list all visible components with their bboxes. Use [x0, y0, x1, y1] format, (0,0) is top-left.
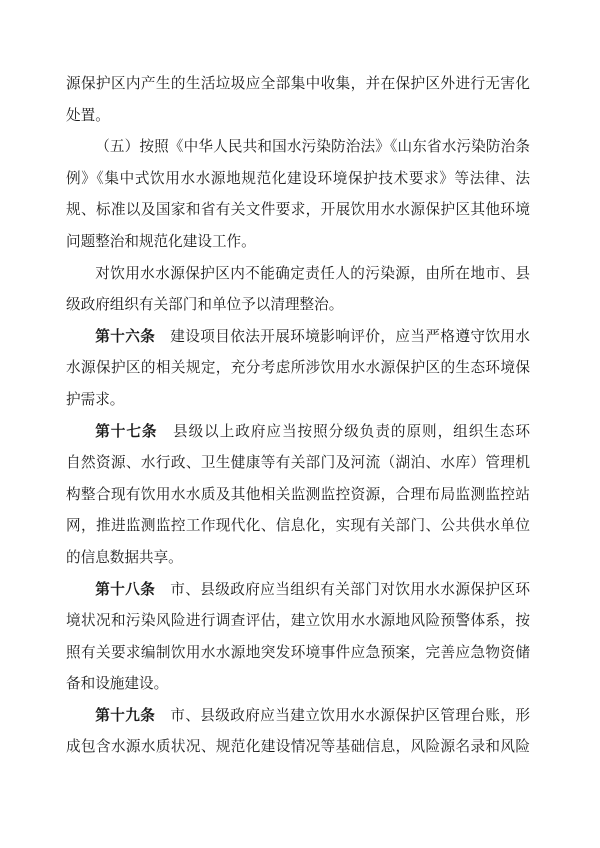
text-segment: 例》《集中式饮用水水源地规范化建设环境保护技术要求》等法律、法 — [66, 171, 530, 187]
text-line: 网，推进监测监控工作现代化、信息化，实现有关部门、公共供水单位 — [66, 511, 530, 543]
text-segment: 问题整治和规范化建设工作。 — [66, 234, 256, 250]
text-segment: 网，推进监测监控工作现代化、信息化，实现有关部门、公共供水单位 — [66, 518, 530, 534]
article-number: 第十六条 — [95, 329, 155, 345]
article-number: 第十九条 — [95, 708, 155, 724]
text-line: 水源保护区的相关规定，充分考虑所涉饮用水水源保护区的生态环境保 — [66, 353, 530, 385]
text-line: 例》《集中式饮用水水源地规范化建设环境保护技术要求》等法律、法 — [66, 164, 530, 196]
text-line: 成包含水源水质状况、规范化建设情况等基础信息，风险源名录和风险 — [66, 732, 530, 764]
text-line: 对饮用水水源保护区内不能确定责任人的污染源，由所在地市、县 — [66, 259, 530, 291]
document-page: 源保护区内产生的生活垃圾应全部集中收集，并在保护区外进行无害化处置。（五）按照《… — [0, 0, 600, 848]
text-line: 级政府组织有关部门和单位予以清理整治。 — [66, 290, 530, 322]
text-line: 构整合现有饮用水水质及其他相关监测监控资源，合理布局监测监控站 — [66, 480, 530, 512]
text-line: 源保护区内产生的生活垃圾应全部集中收集，并在保护区外进行无害化 — [66, 69, 530, 101]
text-line: 第十七条 县级以上政府应当按照分级负责的原则，组织生态环境、 — [66, 417, 530, 449]
text-line: 问题整治和规范化建设工作。 — [66, 227, 530, 259]
text-segment: 成包含水源水质状况、规范化建设情况等基础信息，风险源名录和风险 — [66, 739, 530, 755]
text-segment: （五）按照《中华人民共和国水污染防治法》《山东省水污染防治条 — [95, 139, 530, 155]
text-line: 处置。 — [66, 101, 530, 133]
text-line: 的信息数据共享。 — [66, 543, 530, 575]
text-segment: 境状况和污染风险进行调查评估，建立饮用水水源地风险预警体系，按 — [66, 613, 530, 629]
text-line: （五）按照《中华人民共和国水污染防治法》《山东省水污染防治条 — [66, 132, 530, 164]
text-line: 备和设施建设。 — [66, 669, 530, 701]
text-line: 第十九条 市、县级政府应当建立饮用水水源保护区管理台账，形 — [66, 701, 530, 733]
text-segment: 源保护区内产生的生活垃圾应全部集中收集，并在保护区外进行无害化 — [66, 76, 530, 92]
text-line: 规、标准以及国家和省有关文件要求，开展饮用水水源保护区其他环境 — [66, 195, 530, 227]
text-segment: 市、县级政府应当组织有关部门对饮用水水源保护区环 — [155, 582, 530, 598]
text-segment: 处置。 — [66, 108, 110, 124]
text-segment: 护需求。 — [66, 392, 124, 408]
text-segment: 备和设施建设。 — [66, 676, 168, 692]
text-line: 第十六条 建设项目依法开展环境影响评价，应当严格遵守饮用水 — [66, 322, 530, 354]
text-line: 护需求。 — [66, 385, 530, 417]
article-number: 第十七条 — [95, 424, 157, 440]
text-segment: 规、标准以及国家和省有关文件要求，开展饮用水水源保护区其他环境 — [66, 202, 530, 218]
text-segment: 构整合现有饮用水水质及其他相关监测监控资源，合理布局监测监控站 — [66, 487, 530, 503]
text-segment: 对饮用水水源保护区内不能确定责任人的污染源，由所在地市、县 — [95, 266, 530, 282]
document-body: 源保护区内产生的生活垃圾应全部集中收集，并在保护区外进行无害化处置。（五）按照《… — [66, 69, 530, 764]
text-line: 自然资源、水行政、卫生健康等有关部门及河流（湖泊、水库）管理机 — [66, 448, 530, 480]
text-segment: 自然资源、水行政、卫生健康等有关部门及河流（湖泊、水库）管理机 — [66, 455, 530, 471]
text-line: 第十八条 市、县级政府应当组织有关部门对饮用水水源保护区环 — [66, 575, 530, 607]
text-segment: 级政府组织有关部门和单位予以清理整治。 — [66, 297, 343, 313]
text-line: 境状况和污染风险进行调查评估，建立饮用水水源地风险预警体系，按 — [66, 606, 530, 638]
text-segment: 水源保护区的相关规定，充分考虑所涉饮用水水源保护区的生态环境保 — [66, 360, 530, 376]
article-number: 第十八条 — [95, 582, 155, 598]
text-segment: 的信息数据共享。 — [66, 550, 183, 566]
text-segment: 市、县级政府应当建立饮用水水源保护区管理台账，形 — [155, 708, 530, 724]
text-segment: 照有关要求编制饮用水水源地突发环境事件应急预案，完善应急物资储 — [66, 645, 530, 661]
text-segment: 建设项目依法开展环境影响评价，应当严格遵守饮用水 — [155, 329, 530, 345]
text-line: 照有关要求编制饮用水水源地突发环境事件应急预案，完善应急物资储 — [66, 638, 530, 670]
